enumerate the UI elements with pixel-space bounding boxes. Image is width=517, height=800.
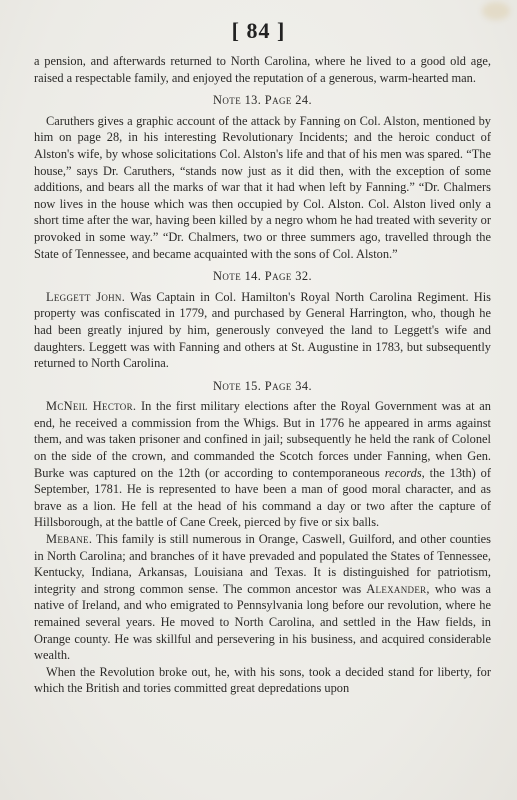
body-text: a pension, and afterwards returned to No… <box>34 53 491 697</box>
paragraph-caruthers: Caruthers gives a graphic account of the… <box>34 113 491 262</box>
paragraph-leggett: Leggett John. Was Captain in Col. Hamilt… <box>34 289 491 372</box>
note-13-heading: Note 13. Page 24. <box>34 92 491 109</box>
paragraph-text: Caruthers gives a graphic account of the… <box>34 114 491 261</box>
paragraph-mcneil: McNeil Hector. In the first military ele… <box>34 398 491 531</box>
page-number: [ 84 ] <box>0 18 517 44</box>
paragraph-pension-ending: a pension, and afterwards returned to No… <box>34 53 491 86</box>
ancestor-name-alexander: Alexander, <box>366 582 430 596</box>
document-page: [ 84 ] a pension, and afterwards returne… <box>0 0 517 800</box>
entry-name-leggett: Leggett John. <box>46 290 125 304</box>
entry-name-mcneil: McNeil Hector. <box>46 399 136 413</box>
paragraph-mebane: Mebane. This family is still numerous in… <box>34 531 491 664</box>
paragraph-text: a pension, and afterwards returned to No… <box>34 54 491 85</box>
paragraph-text: When the Revolution broke out, he, with … <box>34 665 491 696</box>
note-14-heading: Note 14. Page 32. <box>34 268 491 285</box>
paragraph-revolution: When the Revolution broke out, he, with … <box>34 664 491 697</box>
entry-name-mebane: Mebane. <box>46 532 92 546</box>
italic-records: records, <box>385 466 425 480</box>
note-15-heading: Note 15. Page 34. <box>34 378 491 395</box>
